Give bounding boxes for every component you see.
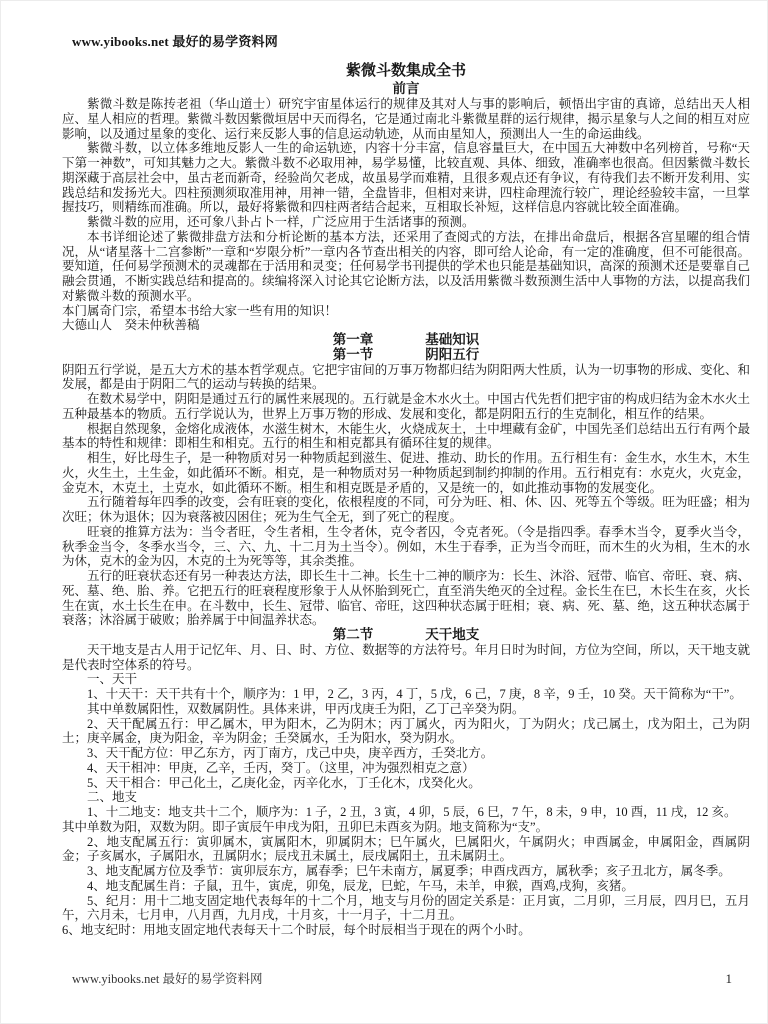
document-body: 前言紫微斗数是陈抟老祖（华山道士）研究宇宙星体运行的规律及其对人与事的影响后，顿… bbox=[62, 81, 750, 938]
paragraph: 一、天干 bbox=[62, 672, 750, 687]
section-heading: 第二节天干地支 bbox=[62, 628, 750, 643]
paragraph: 天干地支是古人用于记忆年、月、日、时、方位、数据等的方法符号。年月日时为时间，方… bbox=[62, 643, 750, 673]
document-page: www.yibooks.net 最好的易学资料网 紫微斗数集成全书 前言紫微斗数… bbox=[0, 0, 768, 1024]
section-heading: 第一章基础知识 bbox=[62, 333, 750, 348]
section-heading: 第一节阴阳五行 bbox=[62, 348, 750, 363]
paragraph: 4、天干相冲：甲庚，乙辛，壬丙，癸丁。（这里，冲为强烈相克之意） bbox=[62, 761, 750, 776]
paragraph: 在数术易学中，阴阳是通过五行的属性来展现的。五行就是金木水火土。中国古代先哲们把… bbox=[62, 392, 750, 422]
document-title: 紫微斗数集成全书 bbox=[62, 62, 750, 80]
paragraph: 紫微斗数是陈抟老祖（华山道士）研究宇宙星体运行的规律及其对人与事的影响后，顿悟出… bbox=[62, 97, 750, 141]
paragraph: 二、地支 bbox=[62, 790, 750, 805]
paragraph: 本书详细论述了紫微排盘方法和分析论断的基本方法，还采用了查阅式的方法，在排出命盘… bbox=[62, 230, 750, 304]
footer-site-text: www.yibooks.net 最好的易学资料网 bbox=[72, 969, 263, 987]
page-number: 1 bbox=[726, 971, 733, 987]
section-heading-number: 第一章 bbox=[333, 333, 374, 348]
paragraph: 3、天干配方位：甲乙东方，丙丁南方，戊己中央，庚辛西方，壬癸北方。 bbox=[62, 746, 750, 761]
section-heading-number: 第二节 bbox=[333, 628, 374, 643]
paragraph: 其中单数为阳，双数为阴。即子寅辰午申戌为阳，丑卯巳未酉亥为阴。地支简称为“支”。 bbox=[62, 820, 750, 835]
page-header-site-text: www.yibooks.net 最好的易学资料网 bbox=[72, 31, 278, 50]
paragraph: 紫微斗数，以立体多维地反影人一生的命运轨迹，内容十分丰富，信息容量巨大，在中国五… bbox=[62, 141, 750, 215]
paragraph: 五行随着每年四季的改变，会有旺衰的变化，依根程度的不同，可分为旺、相、休、囚、死… bbox=[62, 495, 750, 525]
paragraph: 6、地支纪时：用地支固定地代表每天十二个时辰，每个时辰相当于现在的两个小时。 bbox=[62, 923, 750, 938]
section-heading-number: 第一节 bbox=[333, 348, 374, 363]
paragraph: 5、天干相合：甲己化土，乙庚化金，丙辛化水，丁壬化木，戊癸化火。 bbox=[62, 776, 750, 791]
document-subtitle: 前言 bbox=[62, 81, 750, 97]
paragraph: 旺衰的推算方法为：当令者旺，令生者相，生令者休，克令者囚，令克者死。（令是指四季… bbox=[62, 525, 750, 569]
paragraph: 大德山人 癸未仲秋善稿 bbox=[62, 318, 750, 333]
paragraph: 2、天干配属五行：甲乙属木，甲为阳木，乙为阴木；丙丁属火，丙为阳火，丁为阴火；戊… bbox=[62, 717, 750, 747]
paragraph: 阴阳五行学说，是五大方术的基本哲学观点。它把宇宙间的万事万物都归结为阴阳两大性质… bbox=[62, 363, 750, 393]
section-heading-title: 天干地支 bbox=[425, 628, 479, 643]
paragraph: 本门属奇门宗，希望本书给大家一些有用的知识！ bbox=[62, 304, 750, 319]
paragraph: 1、十二地支：地支共十二个，顺序为：1 子，2 丑，3 寅，4 卯，5 辰，6 … bbox=[62, 805, 750, 820]
paragraph: 相生，好比母生子，是一种物质对另一种物质起到滋生、促进、推动、助长的作用。五行相… bbox=[62, 451, 750, 495]
paragraph: 3、地支配属方位及季节：寅卯辰东方，属春季；巳午未南方，属夏季；申酉戌西方，属秋… bbox=[62, 864, 750, 879]
paragraph: 5、纪月：用十二地支固定地代表每年的十二个月，地支与月份的固定关系是：正月寅，二… bbox=[62, 894, 750, 924]
paragraph: 根据自然现象，金熔化成液体，水滋生树木，木能生火，火烧成灰土，土中埋藏有金矿，中… bbox=[62, 422, 750, 452]
section-heading-title: 基础知识 bbox=[425, 333, 479, 348]
paragraph: 2、地支配属五行：寅卯属木，寅属阳木，卯属阴木；巳午属火，巳属阳火，午属阴火；申… bbox=[62, 835, 750, 865]
paragraph: 4、地支配属生肖：子鼠，丑牛，寅虎，卯兔，辰龙，巳蛇，午马，未羊，申猴，酉鸡,戌… bbox=[62, 879, 750, 894]
paragraph: 五行的旺衰状态还有另一种表达方法，即长生十二神。长生十二神的顺序为：长生、沐浴、… bbox=[62, 569, 750, 628]
section-heading-title: 阴阳五行 bbox=[425, 348, 479, 363]
paragraph: 其中单数属阳性，双数属阴性。具体来讲，甲丙戊庚壬为阳，乙丁己辛癸为阴。 bbox=[62, 702, 750, 717]
paragraph: 1、十天干：天干共有十个，顺序为：1 甲，2 乙，3 丙，4 丁，5 戊，6 己… bbox=[62, 687, 750, 702]
paragraph: 紫微斗数的应用，还可象八卦占卜一样，广泛应用于生活诸事的预测。 bbox=[62, 215, 750, 230]
page-footer: www.yibooks.net 最好的易学资料网 1 bbox=[72, 969, 732, 987]
document-content: 紫微斗数集成全书 前言紫微斗数是陈抟老祖（华山道士）研究宇宙星体运行的规律及其对… bbox=[62, 62, 750, 938]
